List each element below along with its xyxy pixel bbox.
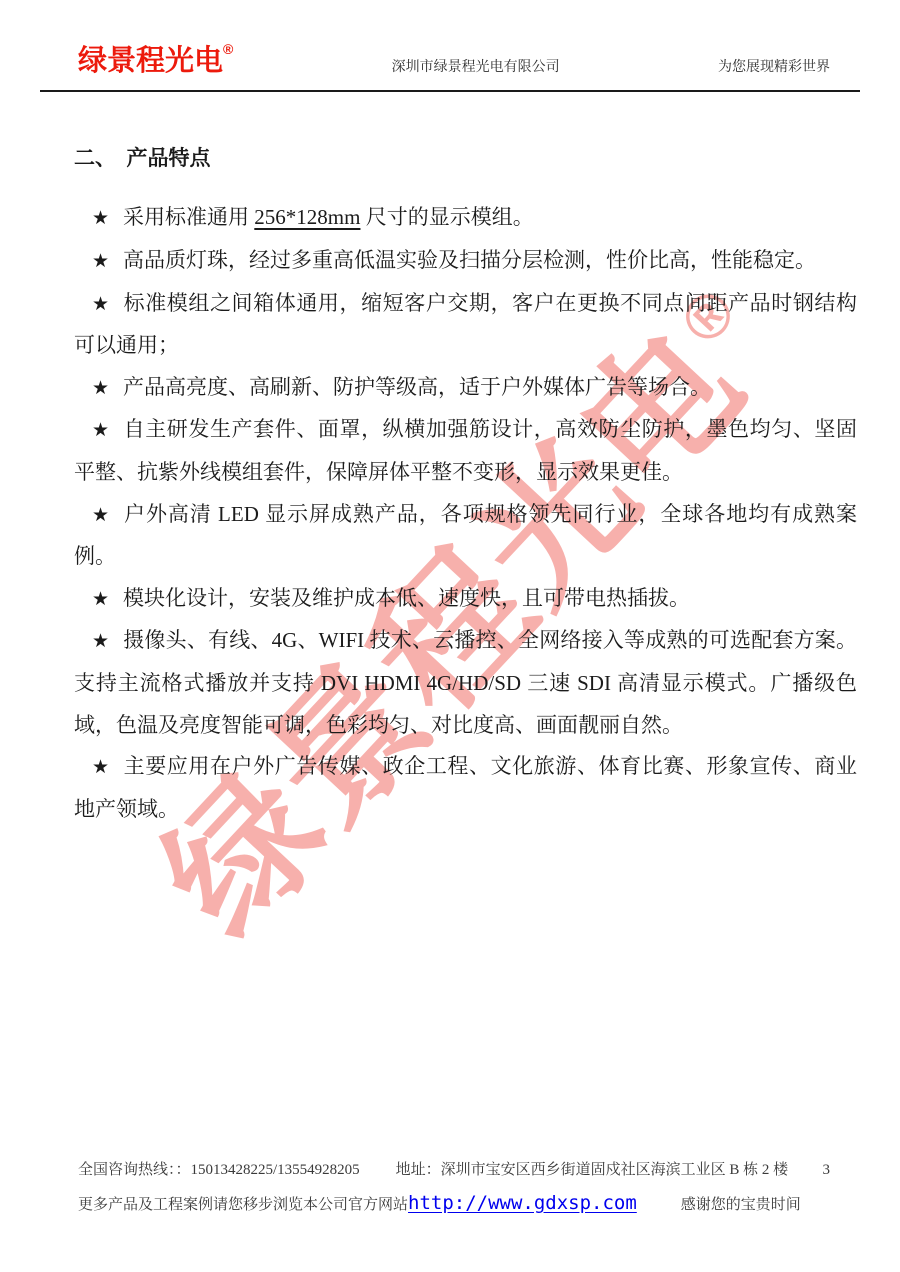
feature-text: 主要应用在户外广告传媒、政企工程、文化旅游、体育比赛、形象宣传、商业地产领域。 xyxy=(74,754,857,821)
feature-text: 标准模组之间箱体通用，缩短客户交期，客户在更换不同点间距产品时钢结构可以通用； xyxy=(74,291,857,358)
footer-thanks: 感谢您的宝贵时间 xyxy=(681,1189,801,1222)
document-page: 绿景程光电® 绿景程光电® 深圳市绿景程光电有限公司 为您展现精彩世界 二、 产… xyxy=(0,0,900,1272)
company-logo: 绿景程光电® xyxy=(78,42,233,78)
page-number: 3 xyxy=(823,1154,831,1187)
star-bullet-icon: ★ xyxy=(92,377,109,399)
star-bullet-icon: ★ xyxy=(92,293,110,315)
star-bullet-icon: ★ xyxy=(92,250,109,272)
website-link[interactable]: http://www.gdxsp.com xyxy=(408,1187,637,1220)
footer-hotline: 全国咨询热线：：15013428225/13554928205 xyxy=(78,1154,360,1187)
feature-item-connectivity: ★摄像头、有线、4G、WIFI 技术、云播控、全网络接入等成熟的可选配套方案。支… xyxy=(74,620,857,746)
star-bullet-icon: ★ xyxy=(92,756,110,778)
logo-text: 绿景程光电 xyxy=(78,45,223,77)
footer-line-contact: 全国咨询热线：：15013428225/13554928205 地址：深圳市宝安… xyxy=(0,1154,900,1187)
feature-item-lamp-quality: ★高品质灯珠，经过多重高低温实验及扫描分层检测，性价比高，性能稳定。 xyxy=(74,240,857,283)
feature-item-self-developed-kit: ★自主研发生产套件、面罩，纵横加强筋设计，高效防尘防护，墨色均匀、坚固平整、抗紫… xyxy=(74,409,857,493)
feature-text: 高品质灯珠，经过多重高低温实验及扫描分层检测，性价比高，性能稳定。 xyxy=(123,248,816,272)
feature-text: 自主研发生产套件、面罩，纵横加强筋设计，高效防尘防护，墨色均匀、坚固平整、抗紫外… xyxy=(74,417,857,484)
star-bullet-icon: ★ xyxy=(92,630,109,652)
feature-text: 模块化设计，安装及维护成本低、速度快，且可带电热插拔。 xyxy=(123,586,690,610)
star-bullet-icon: ★ xyxy=(92,207,109,229)
star-bullet-icon: ★ xyxy=(92,504,110,526)
header-slogan: 为您展现精彩世界 xyxy=(718,56,830,78)
feature-text-pre: 采用标准通用 xyxy=(123,205,254,229)
feature-item-cabinet-universal: ★标准模组之间箱体通用，缩短客户交期，客户在更换不同点间距产品时钢结构可以通用； xyxy=(74,283,857,367)
footer-more-info: 更多产品及工程案例请您移步浏览本公司官方网站 xyxy=(78,1189,408,1222)
page-footer: 全国咨询热线：：15013428225/13554928205 地址：深圳市宝安… xyxy=(0,1154,900,1222)
header-company-name: 深圳市绿景程光电有限公司 xyxy=(392,56,560,78)
star-bullet-icon: ★ xyxy=(92,419,110,441)
footer-line-website: 更多产品及工程案例请您移步浏览本公司官方网站 http://www.gdxsp.… xyxy=(0,1187,900,1222)
feature-text: 户外高清 LED 显示屏成熟产品，各项规格领先同行业，全球各地均有成熟案例。 xyxy=(74,502,857,569)
star-bullet-icon: ★ xyxy=(92,588,109,610)
header-divider xyxy=(40,90,860,92)
feature-item-modular-design: ★模块化设计，安装及维护成本低、速度快，且可带电热插拔。 xyxy=(74,578,857,621)
feature-item-mature-product: ★户外高清 LED 显示屏成熟产品，各项规格领先同行业，全球各地均有成熟案例。 xyxy=(74,494,857,578)
underlined-dimension: 256*128mm xyxy=(254,205,360,229)
feature-text: 产品高亮度、高刷新、防护等级高，适于户外媒体广告等场合。 xyxy=(123,375,711,399)
feature-text-post: 尺寸的显示模组。 xyxy=(360,205,533,229)
page-header: 绿景程光电® 深圳市绿景程光电有限公司 为您展现精彩世界 xyxy=(0,0,900,78)
registered-trademark-icon: ® xyxy=(223,41,233,57)
feature-text: 摄像头、有线、4G、WIFI 技术、云播控、全网络接入等成熟的可选配套方案。支持… xyxy=(74,628,857,736)
feature-text: 采用标准通用 256*128mm 尺寸的显示模组。 xyxy=(123,205,534,229)
document-body: 二、 产品特点 ★采用标准通用 256*128mm 尺寸的显示模组。 ★高品质灯… xyxy=(74,138,857,831)
footer-address: 地址：深圳市宝安区西乡街道固戍社区海滨工业区 B 栋 2 楼 xyxy=(396,1154,789,1187)
feature-item-brightness: ★产品高亮度、高刷新、防护等级高，适于户外媒体广告等场合。 xyxy=(74,367,857,410)
feature-item-module-size: ★采用标准通用 256*128mm 尺寸的显示模组。 xyxy=(74,197,857,240)
feature-item-applications: ★主要应用在户外广告传媒、政企工程、文化旅游、体育比赛、形象宣传、商业地产领域。 xyxy=(74,746,857,830)
section-title: 二、 产品特点 xyxy=(74,138,857,180)
